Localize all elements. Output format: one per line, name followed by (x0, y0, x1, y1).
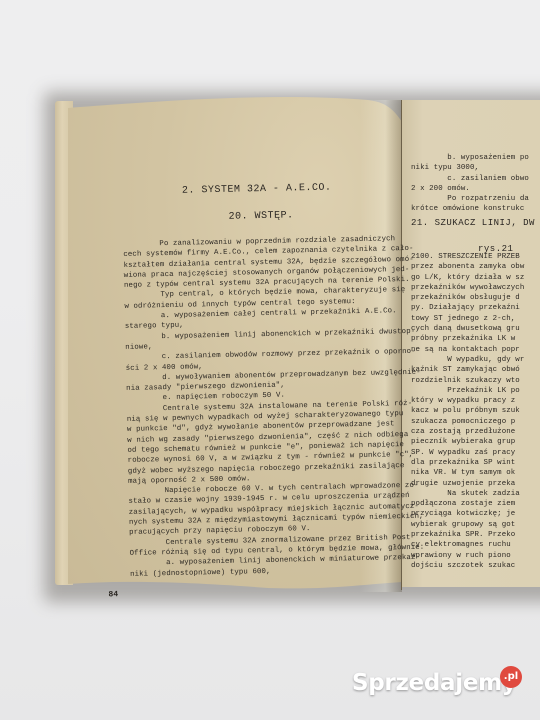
right-body-line: dla przekaźnika SP wint (411, 458, 524, 468)
right-body-line: W wypadku, gdy wr (411, 355, 524, 365)
watermark-brand: Sprzedajemy (352, 670, 516, 696)
photo-scene: 2. SYSTEM 32A - A.E.CO. 20. WSTĘP. Po za… (0, 0, 540, 720)
right-body-line: dojściu szczotek szukac (411, 561, 524, 571)
right-body-line: kaźnik ST zamykając obwó (411, 365, 524, 375)
right-body-line: Na skutek zadzia (411, 489, 524, 499)
right-body-line: szukacza pomocniczego p (411, 417, 524, 427)
right-section-title: 21. SZUKACZ LINIJ, DW (411, 218, 535, 228)
right-body-line: nika VR. W tym samym ok (411, 468, 524, 478)
right-body-line: cych daną dwusetkową gru (411, 324, 524, 334)
right-body-line: wybierak grupowy są got (411, 520, 524, 530)
right-body-line: przekaźników wywoławczych (411, 283, 524, 293)
right-body-line: SP. W wypadku zaś pracy (411, 448, 524, 458)
right-body-line: drugie uzwojenie przeka (411, 479, 524, 489)
right-body-line: go L/K, który działa w sz (411, 273, 524, 283)
right-body-line: wprawiony w ruch piono (411, 551, 524, 561)
page-number: 84 (108, 590, 118, 601)
right-body-line: rozdzielnik szukaczy wto (411, 376, 524, 386)
right-top-text: b. wyposażeniem poniki typu 3000, c. zas… (411, 153, 529, 215)
right-body-line: przekaźnika SPR. Przeko (411, 530, 524, 540)
right-body-line: 2100. STRESZCZENIE PRZEB (411, 252, 524, 262)
right-body-line: który w wypadku pracy z (411, 396, 524, 406)
left-page-text: 2. SYSTEM 32A - A.E.CO. 20. WSTĘP. Po za… (118, 0, 137, 62)
right-body-line: przekaźników obsługuje d (411, 293, 524, 303)
right-body-line: py. Działający przekaźni (411, 303, 524, 313)
right-top-line: Po rozpatrzeniu da (411, 194, 529, 204)
section-title: 20. WSTĘP. (228, 211, 293, 223)
watermark-badge: .pl (500, 666, 522, 688)
right-body-line: cy elektromagnes ruchu (411, 540, 524, 550)
right-body-line: kacz w polu próbnym szuk (411, 406, 524, 416)
right-top-line: 2 x 200 omów. (411, 184, 529, 194)
right-page-text: b. wyposażeniem poniki typu 3000, c. zas… (411, 0, 429, 62)
right-body-line: pieczník wybieraka grup (411, 437, 524, 447)
right-body-line: towy ST jednego z 2-ch, (411, 314, 524, 324)
left-body-text: Po zanalizowaniu w poprzednim rozdziale … (123, 234, 425, 580)
right-body-line: przez abonenta zamyka obw (411, 262, 524, 272)
right-top-line: c. zasilaniem obwo (411, 174, 529, 184)
right-body-line: podłączona zostaje ziem (411, 499, 524, 509)
right-body-line: ne są na kontaktach popr (411, 345, 524, 355)
right-body-line: próbny przekaźnika LK w (411, 334, 524, 344)
right-body-line: Przekaźnik LK po (411, 386, 524, 396)
right-body-line: cza zostają przedłużone (411, 427, 524, 437)
right-top-line: krótce omówione konstrukc (411, 204, 529, 214)
right-body-line: przyciąga kotwiczkę; je (411, 509, 524, 519)
right-body-text: 2100. STRESZCZENIE PRZEBprzez abonenta z… (411, 252, 524, 571)
right-top-line: niki typu 3000, (411, 163, 529, 173)
right-top-line: b. wyposażeniem po (411, 153, 529, 163)
